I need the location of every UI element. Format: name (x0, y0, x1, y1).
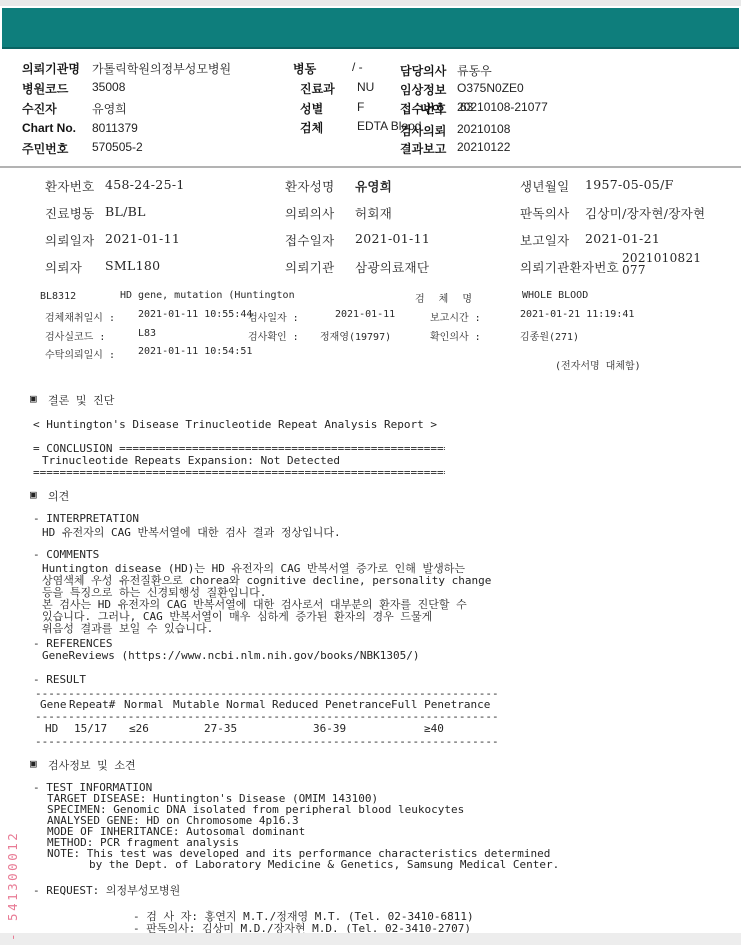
report-date-row-label: 보고일자 (520, 231, 570, 249)
verify-label: 검사확인 : (248, 328, 299, 343)
request-date-label: 검사의뢰 (400, 122, 446, 139)
title-bar: HD gene mutation (Huntington disease)(삼성… (2, 8, 739, 49)
patient-name-label: 환자성명 (285, 177, 335, 195)
patient-name-value: 유영희 (355, 177, 392, 195)
verify-value: 정재영(19797) (320, 328, 391, 343)
report-time-label: 보고시간 : (430, 309, 481, 324)
lab-code-label: 검사실코드 : (45, 328, 105, 343)
specimen-label: 검체 (300, 119, 323, 136)
request-hospital-label: - REQUEST: 의정부성모병원 (33, 882, 180, 898)
ward-row-value: BL/BL (105, 204, 146, 219)
confirm-doctor-value: 김종원(271) (520, 328, 579, 343)
birth-date-label: 생년월일 (520, 177, 570, 195)
entrust-label: 수탁의뢰일시 : (45, 346, 115, 361)
reading-doctor-value: 김상미/장자현/장자현 (585, 204, 705, 222)
report-date-label: 결과보고 (400, 140, 446, 157)
clinical-info-value: O375N0ZE0 (457, 81, 524, 95)
reading-doctor-label: 판독의사 (520, 204, 570, 222)
specimen-name-value: WHOLE BLOOD (522, 290, 588, 301)
ref-org-value: 삼광의료재단 (355, 258, 429, 276)
result-full-penetrance: ≥40 (424, 722, 444, 735)
examinee-value: 유영희 (92, 100, 127, 117)
conclusion-marker-icon: ▣ (30, 392, 37, 405)
result-gene: HD (45, 722, 58, 735)
chart-no-value: 8011379 (92, 121, 138, 135)
requester-label: 의뢰자 (45, 258, 82, 276)
sex-value: F (357, 100, 364, 114)
org-patient-no-value: 2021010821077 (622, 252, 702, 276)
conclusion-section-title: 결론 및 진단 (48, 392, 114, 408)
request-date-row-label: 의뢰일자 (45, 231, 95, 249)
section-divider (0, 166, 741, 168)
bottom-strip (0, 933, 741, 945)
receipt-no-label: 접수번호 (400, 100, 446, 117)
interpretation-text: HD 유전자의 CAG 반복서열에 대한 검사 결과 정상입니다. (42, 524, 341, 540)
ref-doctor-value: 허회재 (355, 204, 392, 222)
result-repeat: 15/17 (74, 722, 107, 735)
request-date-row-value: 2021-01-11 (105, 231, 180, 246)
requester-value: SML180 (105, 258, 160, 273)
ref-doctor-label: 의뢰의사 (285, 204, 335, 222)
top-strip (0, 0, 741, 6)
result-rule-bottom: ----------------------------------------… (35, 735, 497, 748)
test-name: HD gene, mutation (Huntington (120, 290, 295, 301)
test-date-label: 검사일자 : (248, 309, 299, 324)
opinion-section-title: 의견 (48, 488, 69, 504)
side-barcode-number: - 541300012 (5, 831, 20, 941)
opinion-marker-icon: ▣ (30, 488, 37, 501)
collected-value: 2021-01-11 10:55:44 (138, 309, 252, 320)
analysis-report-title: < Huntington's Disease Trinucleotide Rep… (33, 418, 437, 431)
test-info-marker-icon: ▣ (30, 757, 37, 770)
sex-label: 성별 (300, 100, 323, 117)
ward-label: 병동 (293, 60, 316, 77)
birth-date-value: 1957-05-05/F (585, 177, 674, 192)
chart-no-label: Chart No. (22, 121, 76, 135)
receipt-date-value: 2021-01-11 (355, 231, 430, 246)
collected-label: 검체채취일시 : (45, 309, 115, 324)
ward-value: / - (352, 60, 363, 74)
org-value: 가톨릭학원의정부성모병원 (92, 60, 231, 77)
request-date-value: 20210108 (457, 122, 510, 136)
doctor-label: 담당의사 (400, 62, 446, 79)
hospital-code-label: 병원코드 (22, 80, 68, 97)
result-normal: ≤26 (129, 722, 149, 735)
resident-no-label: 주민번호 (22, 140, 68, 157)
report-time-value: 2021-01-21 11:19:41 (520, 309, 634, 320)
dept-label: 진료과 (300, 80, 335, 97)
report-date-row-value: 2021-01-21 (585, 231, 660, 246)
lab-code-value: L83 (138, 328, 156, 339)
dept-value: NU (357, 80, 374, 94)
ward-row-label: 진료병동 (45, 204, 95, 222)
references-text: GeneReviews (https://www.ncbi.nlm.nih.go… (42, 649, 420, 662)
ref-org-label: 의뢰기관 (285, 258, 335, 276)
specimen-name-label: 검 체 명 (415, 290, 476, 305)
report-page: HD gene mutation (Huntington disease)(삼성… (0, 0, 741, 945)
result-label: - RESULT (33, 673, 86, 686)
entrust-value: 2021-01-11 10:54:51 (138, 346, 252, 357)
org-patient-no-label: 의뢰기관환자번호 (520, 258, 619, 276)
clinical-info-label: 임상정보 (400, 81, 446, 98)
comments-line: 위음성 결과를 보일 수 있습니다. (42, 620, 213, 636)
receipt-no-value: 20210108-21077 (457, 100, 548, 114)
test-code: BL8312 (40, 291, 76, 302)
patient-no-value: 458-24-25-1 (105, 177, 185, 192)
result-reduced-penetrance: 36-39 (313, 722, 346, 735)
result-mutable-normal: 27-35 (204, 722, 237, 735)
patient-no-label: 환자번호 (45, 177, 95, 195)
test-date-value: 2021-01-11 (335, 309, 395, 320)
hospital-code-value: 35008 (92, 80, 125, 94)
doctor-value: 류동우 (457, 62, 492, 79)
examinee-label: 수진자 (22, 100, 57, 117)
confirm-doctor-label: 확인의사 : (430, 328, 481, 343)
equals-rule: ========================================… (33, 466, 445, 479)
org-label: 의뢰기관명 (22, 60, 80, 77)
resident-no-value: 570505-2 (92, 140, 143, 154)
esign-note: (전자서명 대체함) (555, 357, 641, 372)
report-date-value: 20210122 (457, 140, 510, 154)
test-info-section-title: 검사정보 및 소견 (48, 757, 136, 773)
receipt-date-label: 접수일자 (285, 231, 335, 249)
test-info-note-continuation: by the Dept. of Laboratory Medicine & Ge… (89, 858, 559, 871)
